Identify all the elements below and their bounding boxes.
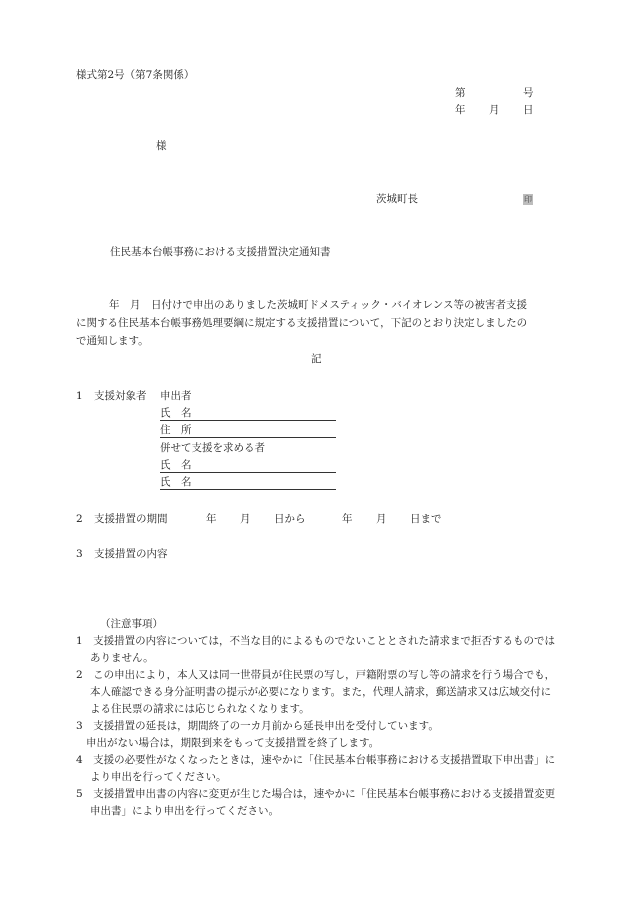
note-3a: 3 支援措置の延長は，期間終了の一カ月前から延長申出を受付しています。 (76, 718, 558, 735)
doc-number-suffix: 号 (523, 87, 534, 100)
applicant-name-field[interactable]: 氏 名 (160, 406, 336, 421)
item2-label: 支援措置の期間 (94, 513, 168, 526)
item3-number: 3 (76, 548, 83, 561)
body-line-3: で通知します。 (76, 332, 558, 350)
item3-label: 支援措置の内容 (94, 548, 168, 561)
note-2: 2 この申出により，本人又は同一世帯員が住民票の写し，戸籍附票の写し等の請求を行… (76, 667, 558, 718)
item1-label: 支援対象者 (94, 390, 147, 403)
body-paragraph: 年 月 日付けで申出のありました茨城町ドメスティック・バイオレンス等の被害者支援… (76, 296, 558, 350)
body-line-2: に関する住民基本台帳事務処理要綱に規定する支援措置について，下記のとおり決定しま… (76, 314, 558, 332)
form-number: 様式第2号（第7条関係） (76, 69, 194, 82)
accompanying-name-field-2[interactable]: 氏 名 (160, 475, 336, 490)
accompanying-heading: 併せて支援を求める者 (160, 442, 265, 455)
period-from-year: 年 (206, 513, 217, 526)
applicant-address-label: 住 所 (160, 423, 336, 438)
note-1: 1 支援措置の内容については，不当な目的によるものでないこととされた請求まで拒否… (76, 633, 558, 667)
notes-section: （注意事項） 1 支援措置の内容については，不当な目的によるものでないこととされ… (76, 616, 558, 820)
note-4: 4 支援の必要性がなくなったときは，速やかに「住民基本台帳事務における支援措置取… (76, 752, 558, 786)
notes-heading: （注意事項） (76, 616, 558, 633)
applicant-heading: 申出者 (160, 390, 192, 403)
period-to-day: 日まで (410, 513, 442, 526)
item2-number: 2 (76, 513, 83, 526)
period-from-month: 月 (240, 513, 251, 526)
applicant-address-field[interactable]: 住 所 (160, 423, 336, 438)
date-day: 日 (523, 104, 534, 117)
addressee-suffix: 様 (156, 140, 167, 153)
ki-heading: 記 (311, 353, 322, 366)
accompanying-name-field-1[interactable]: 氏 名 (160, 458, 336, 473)
body-line-1: 年 月 日付けで申出のありました茨城町ドメスティック・バイオレンス等の被害者支援 (76, 296, 558, 314)
doc-number-prefix: 第 (455, 87, 466, 100)
issuer-name: 茨城町長 (376, 193, 418, 206)
accompanying-name-label-2: 氏 名 (160, 475, 336, 490)
item1-number: 1 (76, 390, 83, 403)
date-year: 年 (455, 104, 466, 117)
period-from-day: 日から (274, 513, 306, 526)
period-to-year: 年 (342, 513, 353, 526)
note-5: 5 支援措置申出書の内容に変更が生じた場合は，速やかに「住民基本台帳事務における… (76, 786, 558, 820)
accompanying-name-label-1: 氏 名 (160, 458, 336, 473)
seal-icon: 印 (523, 194, 533, 205)
period-to-month: 月 (376, 513, 387, 526)
date-month: 月 (489, 104, 500, 117)
note-3b: 申出がない場合は，期限到来をもって支援措置を終了します。 (76, 735, 558, 752)
seal-mark: 印 (523, 193, 533, 206)
document-title: 住民基本台帳事務における支援措置決定通知書 (110, 246, 331, 259)
applicant-name-label: 氏 名 (160, 406, 336, 421)
